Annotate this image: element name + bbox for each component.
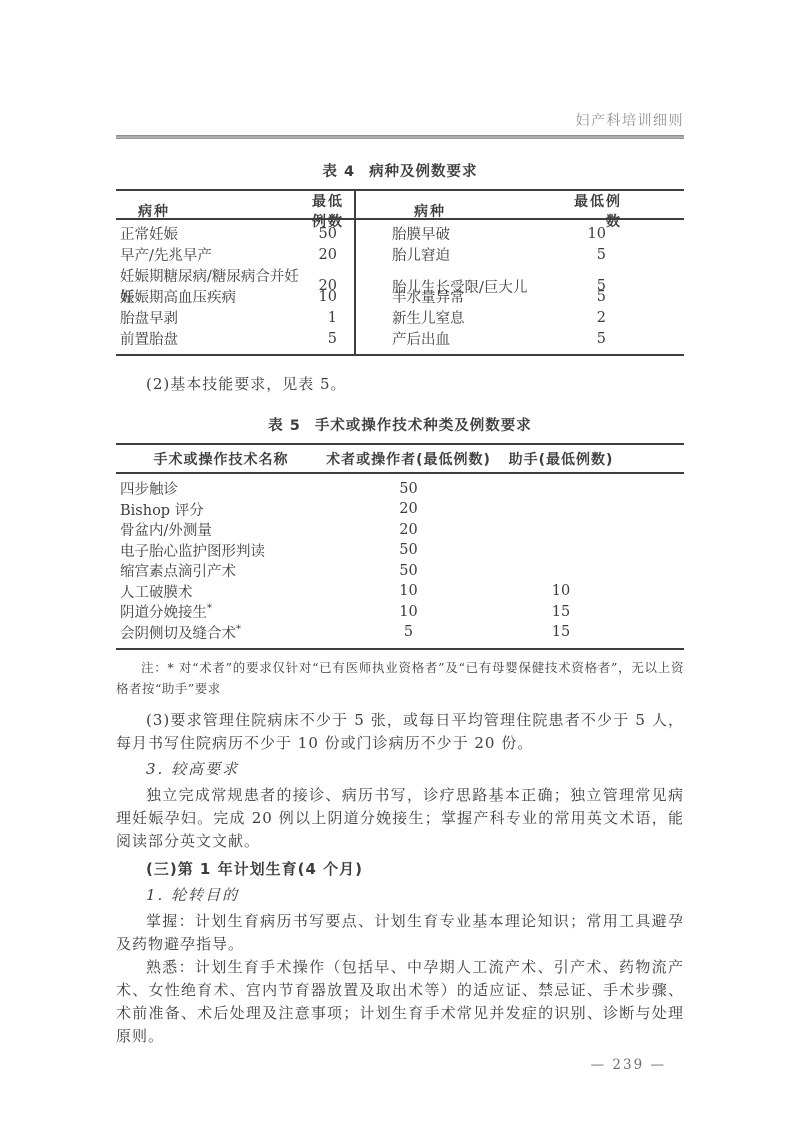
operator-cases-cell: 20 xyxy=(326,501,491,517)
table-row: 四步触诊 50 xyxy=(116,478,684,499)
operator-cases-cell: 50 xyxy=(326,481,491,497)
asterisk-mark: * xyxy=(236,624,241,635)
paragraph-ward-requirement: (3)要求管理住院病床不少于 5 张，或每日平均管理住院患者不少于 5 人，每月… xyxy=(116,709,684,755)
running-header: 妇产科培训细则 xyxy=(116,110,684,130)
table4: 病种 最低例数 病种 最低例数 正常妊娠 50 胎膜早破 10 早产/先兆早产 … xyxy=(116,189,684,356)
disease-name-cell: 妊娠期高血压疾病 xyxy=(116,286,311,307)
assistant-cases-cell: 15 xyxy=(491,624,631,640)
heading-advanced-requirement: 3. 较高要求 xyxy=(116,758,684,781)
page-number: — 239 — xyxy=(116,1057,684,1073)
min-cases-cell: 10 xyxy=(311,289,354,305)
procedure-name-cell: Bishop 评分 xyxy=(116,499,326,520)
paragraph-basic-skills: (2)基本技能要求，见表 5。 xyxy=(116,373,684,396)
procedure-name-cell: 骨盆内/外测量 xyxy=(116,519,326,540)
table5-caption: 表 5手术或操作技术种类及例数要求 xyxy=(116,414,684,435)
table5-footnote: 注：* 对“术者”的要求仅针对“已有医师执业资格者”及“已有母婴保健技术资格者”… xyxy=(116,657,684,699)
paragraph-familiar: 熟悉：计划生育手术操作（包括早、中孕期人工流产术、引产术、药物流产术、女性绝育术… xyxy=(116,956,684,1048)
disease-name-cell: 羊水量异常 xyxy=(354,286,571,307)
table-row: 妊娠期高血压疾病 10 羊水量异常 5 xyxy=(116,286,684,307)
min-cases-cell: 20 xyxy=(311,247,354,263)
table4-column-divider xyxy=(354,191,356,354)
table-row: 正常妊娠 50 胎膜早破 10 xyxy=(116,223,684,244)
operator-cases-cell: 10 xyxy=(326,583,491,599)
disease-name-cell: 胎膜早破 xyxy=(354,223,571,244)
table5-caption-title: 手术或操作技术种类及例数要求 xyxy=(315,418,532,434)
document-page: 妇产科培训细则 表 4病种及例数要求 病种 最低例数 病种 最低例数 正常妊娠 … xyxy=(116,0,684,1073)
disease-name-cell: 胎盘早剥 xyxy=(116,307,311,328)
table5-header-name: 手术或操作技术名称 xyxy=(116,449,326,469)
table-row: 前置胎盘 5 产后出血 5 xyxy=(116,328,684,349)
table4-caption: 表 4病种及例数要求 xyxy=(116,160,684,181)
min-cases-cell: 5 xyxy=(571,289,684,305)
operator-cases-cell: 5 xyxy=(326,624,491,640)
table4-header-row: 病种 最低例数 病种 最低例数 xyxy=(116,191,684,220)
heading-rotation-purpose: 1. 轮转目的 xyxy=(116,884,684,907)
min-cases-cell: 50 xyxy=(311,226,354,242)
min-cases-cell: 10 xyxy=(571,226,684,242)
procedure-name-cell: 人工破膜术 xyxy=(116,581,326,602)
table-row: 缩宫素点滴引产术 50 xyxy=(116,560,684,581)
table-row: 胎盘早剥 1 新生儿窒息 2 xyxy=(116,307,684,328)
min-cases-cell: 1 xyxy=(311,310,354,326)
table-row: 会阴侧切及缝合术* 5 15 xyxy=(116,622,684,643)
procedure-name-cell: 四步触诊 xyxy=(116,478,326,499)
table5-caption-label: 表 5 xyxy=(268,418,301,434)
table5-header-row: 手术或操作技术名称 术者或操作者(最低例数) 助手(最低例数) xyxy=(116,445,684,474)
operator-cases-cell: 20 xyxy=(326,522,491,538)
table-row: 电子胎心监护图形判读 50 xyxy=(116,540,684,561)
table-row: 妊娠期糖尿病/糖尿病合并妊娠 20 胎儿生长受限/巨大儿 5 xyxy=(116,265,684,286)
disease-name-cell: 早产/先兆早产 xyxy=(116,244,311,265)
procedure-name-cell: 缩宫素点滴引产术 xyxy=(116,560,326,581)
min-cases-cell: 2 xyxy=(571,310,684,326)
operator-cases-cell: 50 xyxy=(326,542,491,558)
disease-name-cell: 新生儿窒息 xyxy=(354,307,571,328)
assistant-cases-cell: 10 xyxy=(491,583,631,599)
table-row: 人工破膜术 10 10 xyxy=(116,581,684,602)
operator-cases-cell: 50 xyxy=(326,563,491,579)
header-rule xyxy=(116,135,684,139)
heading-section-family-planning: (三)第 1 年计划生育(4 个月) xyxy=(116,857,684,881)
min-cases-cell: 5 xyxy=(311,331,354,347)
procedure-name-cell: 会阴侧切及缝合术* xyxy=(116,622,326,643)
assistant-cases-cell: 15 xyxy=(491,604,631,620)
operator-cases-cell: 10 xyxy=(326,604,491,620)
table4-caption-label: 表 4 xyxy=(322,164,355,180)
table-row: 早产/先兆早产 20 胎儿窘迫 5 xyxy=(116,244,684,265)
disease-name-cell: 胎儿窘迫 xyxy=(354,244,571,265)
table5-body: 四步触诊 50 Bishop 评分 20 骨盆内/外测量 20 电子胎心监护图形… xyxy=(116,474,684,648)
min-cases-cell: 5 xyxy=(571,331,684,347)
procedure-name-cell: 阴道分娩接生* xyxy=(116,601,326,622)
disease-name-cell: 正常妊娠 xyxy=(116,223,311,244)
paragraph-advanced-body: 独立完成常规患者的接诊、病历书写，诊疗思路基本正确；独立管理常见病理妊娠孕妇。完… xyxy=(116,784,684,853)
table5-header-assistant: 助手(最低例数) xyxy=(491,449,631,469)
table4-header-disease-right: 病种 xyxy=(354,201,571,221)
table4-caption-title: 病种及例数要求 xyxy=(369,164,478,180)
disease-name-cell: 产后出血 xyxy=(354,328,571,349)
table4-header-disease-left: 病种 xyxy=(116,201,311,221)
procedure-name-cell: 电子胎心监护图形判读 xyxy=(116,540,326,561)
disease-name-cell: 前置胎盘 xyxy=(116,328,311,349)
table4-body: 正常妊娠 50 胎膜早破 10 早产/先兆早产 20 胎儿窘迫 5 妊娠期糖尿病… xyxy=(116,220,684,354)
asterisk-mark: * xyxy=(207,603,212,614)
table-row: Bishop 评分 20 xyxy=(116,499,684,520)
table-row: 骨盆内/外测量 20 xyxy=(116,519,684,540)
table-row: 阴道分娩接生* 10 15 xyxy=(116,601,684,622)
min-cases-cell: 5 xyxy=(571,247,684,263)
table5-header-operator: 术者或操作者(最低例数) xyxy=(326,449,491,469)
paragraph-master: 掌握：计划生育病历书写要点、计划生育专业基本理论知识；常用工具避孕及药物避孕指导… xyxy=(116,910,684,956)
table5: 手术或操作技术名称 术者或操作者(最低例数) 助手(最低例数) 四步触诊 50 … xyxy=(116,443,684,650)
